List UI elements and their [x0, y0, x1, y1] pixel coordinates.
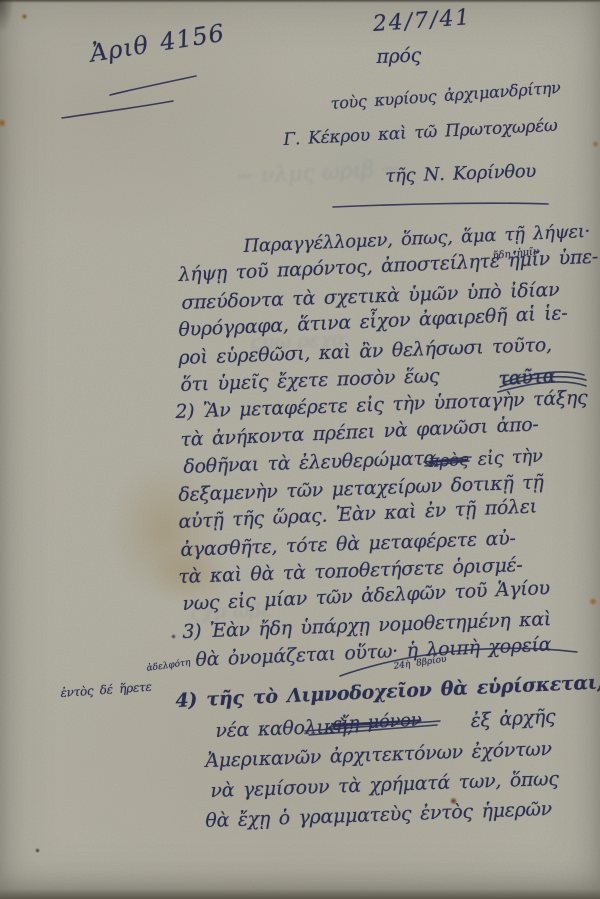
body-line: ροὶ εὑρεθῶσι, καὶ ἂν θελήσωσι τοῦτο,: [178, 334, 552, 369]
underline-address: [333, 203, 548, 207]
top-left-corner-smudge: [0, 0, 14, 34]
struck-word: πρὸς: [428, 450, 469, 472]
margin-note: ἐντὸς δέ ἥρετε: [60, 680, 152, 700]
scribbled-word: ταῦτα: [498, 365, 556, 390]
address-line: Γ. Κέκρου καὶ τῶ Πρωτοχωρέω: [283, 116, 558, 150]
rust-spot: [21, 13, 28, 20]
body-line-continuation: ἐξ ἀρχῆς: [470, 706, 556, 732]
body-line: θὰ ἔχῃ ὁ γραμματεὺς ἐντὸς ἡμερῶν: [205, 798, 552, 832]
rust-spot: [0, 118, 6, 128]
margin-note-tiny: ἀδελφότη: [146, 658, 191, 674]
rust-spot: [592, 140, 599, 148]
top-edge-shadow: [0, 0, 600, 3]
underline-ref-2: [62, 101, 173, 118]
ink-dot: [35, 848, 40, 853]
address-line: τῆς Ν. Κορίνθου: [385, 161, 536, 187]
manuscript-page: ~ νλμς ωριβ ~ ϛμω ρεχα ϛχμ ωβε 24/7/41 Ἀ…: [0, 0, 600, 899]
underline-ref-1: [110, 76, 196, 95]
body-line: νὰ γεμίσουν τὰ χρήματά των, ὅπως: [210, 768, 559, 802]
body-line: Ἀμερικανῶν ἀρχιτεκτόνων ἐχόντων: [205, 738, 552, 772]
date: 24/7/41: [372, 5, 472, 37]
struck-words: εἴη μόνον: [332, 709, 422, 735]
ink-dot: [171, 634, 176, 639]
salutation: πρός: [376, 44, 421, 68]
body-line: δοθῆναι τὰ ἐλευθερώματα: [183, 447, 436, 478]
reference-number: Ἀριθ 4156: [88, 19, 227, 68]
bleedthrough-writing: ~ νλμς ωριβ ~: [235, 156, 400, 190]
body-line: ὅτι ὑμεῖς ἔχετε ποσὸν ἕως: [180, 365, 440, 396]
address-line: τοὺς κυρίους ἀρχιμανδρίτην: [330, 78, 561, 113]
body-line-continuation: εἰς τὴν: [477, 446, 543, 470]
bottom-edge-shadow: [0, 889, 600, 899]
rust-spot: [589, 597, 597, 606]
